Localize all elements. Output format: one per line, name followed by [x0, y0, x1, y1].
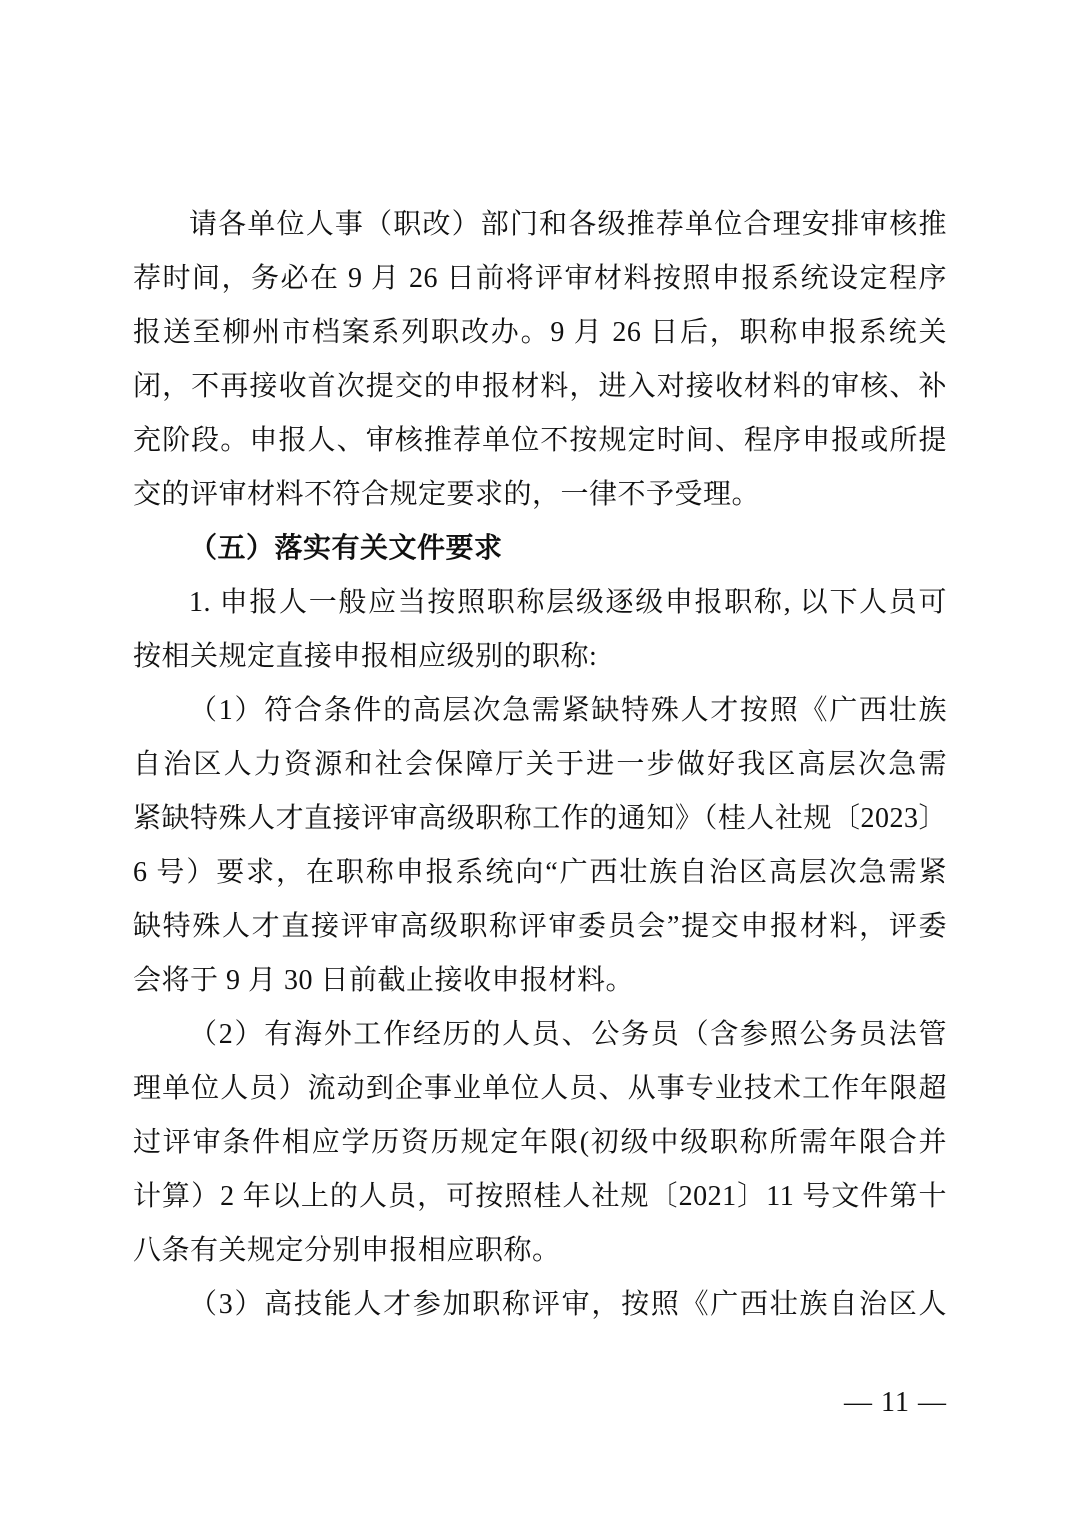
body-line-12: 紧缺特殊人才直接评审高级职称工作的通知》（桂人社规〔2023〕: [133, 792, 947, 846]
body-line-6: 交的评审材料不符合规定要求的，一律不予受理。: [133, 468, 947, 522]
document-body: 请各单位人事（职改）部门和各级推荐单位合理安排审核推 荐时间，务必在 9 月 2…: [133, 198, 947, 1332]
body-line-15: 会将于 9 月 30 日前截止接收申报材料。: [133, 954, 947, 1008]
body-line-21: （3）高技能人才参加职称评审，按照《广西壮族自治区人: [133, 1278, 947, 1332]
body-line-19: 计算）2 年以上的人员，可按照桂人社规〔2021〕11 号文件第十: [133, 1170, 947, 1224]
body-line-5: 充阶段。申报人、审核推荐单位不按规定时间、程序申报或所提: [133, 414, 947, 468]
body-line-17: 理单位人员）流动到企事业单位人员、从事专业技术工作年限超: [133, 1062, 947, 1116]
body-line-10: （1）符合条件的高层次急需紧缺特殊人才按照《广西壮族: [133, 684, 947, 738]
body-line-4: 闭，不再接收首次提交的申报材料，进入对接收材料的审核、补: [133, 360, 947, 414]
body-line-1: 请各单位人事（职改）部门和各级推荐单位合理安排审核推: [133, 198, 947, 252]
body-line-11: 自治区人力资源和社会保障厅关于进一步做好我区高层次急需: [133, 738, 947, 792]
body-line-2: 荐时间，务必在 9 月 26 日前将评审材料按照申报系统设定程序: [133, 252, 947, 306]
body-line-16: （2）有海外工作经历的人员、公务员（含参照公务员法管: [133, 1008, 947, 1062]
body-line-14: 缺特殊人才直接评审高级职称评审委员会”提交申报材料，评委: [133, 900, 947, 954]
body-line-13: 6 号）要求，在职称申报系统向“广西壮族自治区高层次急需紧: [133, 846, 947, 900]
body-line-8: 1. 申报人一般应当按照职称层级逐级申报职称, 以下人员可: [133, 576, 947, 630]
page-number: — 11 —: [133, 1376, 947, 1430]
body-line-9: 按相关规定直接申报相应级别的职称:: [133, 630, 947, 684]
section-heading: （五）落实有关文件要求: [133, 522, 947, 576]
body-line-20: 八条有关规定分别申报相应职称。: [133, 1224, 947, 1278]
body-line-18: 过评审条件相应学历资历规定年限(初级中级职称所需年限合并: [133, 1116, 947, 1170]
document-page: 请各单位人事（职改）部门和各级推荐单位合理安排审核推 荐时间，务必在 9 月 2…: [0, 0, 1074, 1520]
body-line-3: 报送至柳州市档案系列职改办。9 月 26 日后，职称申报系统关: [133, 306, 947, 360]
